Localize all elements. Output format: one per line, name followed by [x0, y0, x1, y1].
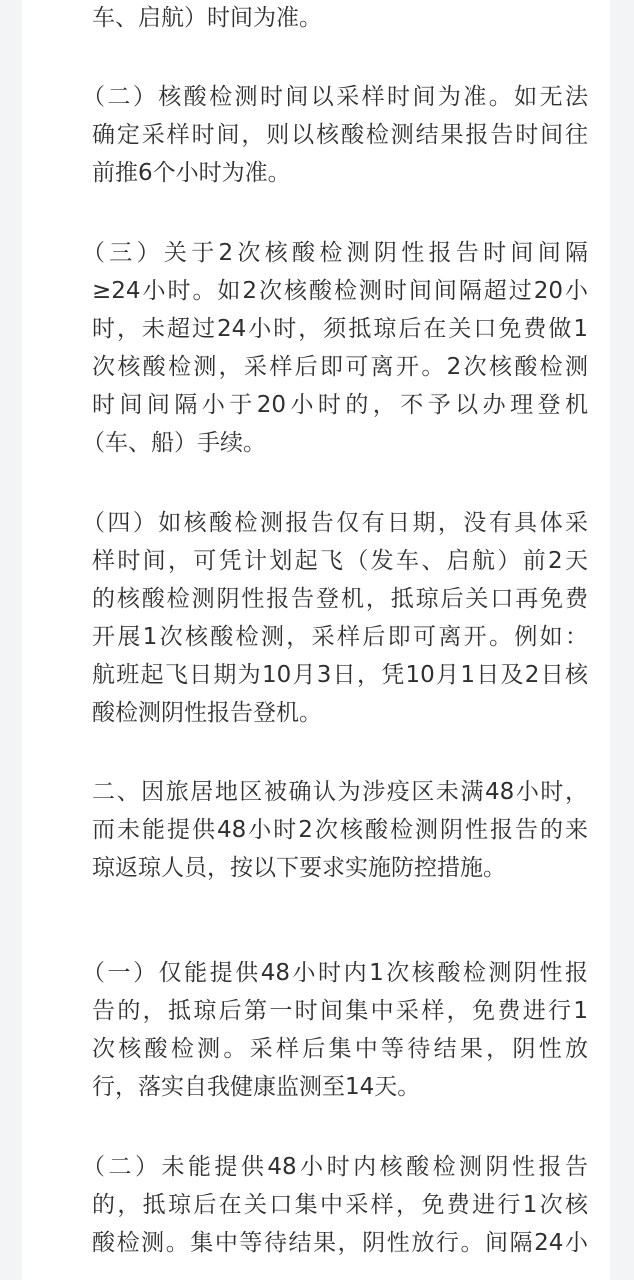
article-card: 车、启航）时间为准。 （二）核酸检测时间以采样时间为准。如无法 确定采样时间，则… — [22, 0, 610, 1280]
text-line: 次核酸检测。采样后集中等待结果，阴性放 — [92, 1030, 588, 1068]
text-line: 前推6个小时为准。 — [92, 154, 588, 192]
text-line: （四）如核酸检测报告仅有日期，没有具体采 — [82, 504, 588, 542]
text-line: 时，未超过24小时，须抵琼后在关口免费做1 — [92, 310, 588, 348]
text-line: 酸检测阴性报告登机。 — [92, 694, 588, 732]
text-line: 的，抵琼后在关口集中采样，免费进行1次核 — [92, 1186, 588, 1224]
text-line: 次核酸检测，采样后即可离开。2次核酸检测 — [92, 348, 588, 386]
text-line: （三）关于2次核酸检测阴性报告时间间隔 — [82, 234, 588, 272]
text-line: 行，落实自我健康监测至14天。 — [92, 1068, 588, 1106]
text-line: 的核酸检测阴性报告登机，抵琼后关口再免费 — [92, 580, 588, 618]
text-line: 琼返琼人员，按以下要求实施防控措施。 — [92, 849, 588, 887]
text-line: 航班起飞日期为10月3日，凭10月1日及2日核 — [92, 656, 588, 694]
text-line: （车、船）手续。 — [82, 424, 588, 462]
paragraph-section-1-item-4: （四）如核酸检测报告仅有日期，没有具体采 样时间，可凭计划起飞（发车、启航）前2… — [92, 504, 588, 732]
paragraph-section-2-item-1: （一）仅能提供48小时内1次核酸检测阴性报 告的，抵琼后第一时间集中采样，免费进… — [92, 954, 588, 1106]
text-line: （二）核酸检测时间以采样时间为准。如无法 — [82, 78, 588, 116]
paragraph-section-1-item-3: （三）关于2次核酸检测阴性报告时间间隔 ≥24小时。如2次核酸检测时间间隔超过2… — [92, 234, 588, 462]
paragraph-section-2: 二、因旅居地区被确认为涉疫区未满48小时， 而未能提供48小时2次核酸检测阴性报… — [92, 773, 588, 887]
paragraph-section-1-item-2: （二）核酸检测时间以采样时间为准。如无法 确定采样时间，则以核酸检测结果报告时间… — [92, 78, 588, 192]
text-line: ≥24小时。如2次核酸检测时间间隔超过20小 — [92, 272, 588, 310]
text-line: 二、因旅居地区被确认为涉疫区未满48小时， — [92, 773, 588, 811]
text-line: （一）仅能提供48小时内1次核酸检测阴性报 — [82, 954, 588, 992]
paragraph-continuation: 车、启航）时间为准。 — [92, 0, 588, 37]
paragraph-section-2-item-2: （二）未能提供48小时内核酸检测阴性报告 的，抵琼后在关口集中采样，免费进行1次… — [92, 1148, 588, 1262]
text-line: 而未能提供48小时2次核酸检测阴性报告的来 — [92, 811, 588, 849]
text-line: 时间间隔小于20小时的，不予以办理登机 — [92, 386, 588, 424]
text-line: 样时间，可凭计划起飞（发车、启航）前2天 — [92, 542, 588, 580]
text-line: 开展1次核酸检测，采样后即可离开。例如： — [92, 618, 588, 656]
text-line: （二）未能提供48小时内核酸检测阴性报告 — [82, 1148, 588, 1186]
text-line: 确定采样时间，则以核酸检测结果报告时间往 — [92, 116, 588, 154]
text-line: 车、启航）时间为准。 — [92, 0, 588, 37]
text-line: 酸检测。集中等待结果，阴性放行。间隔24小 — [92, 1224, 588, 1262]
text-line: 告的，抵琼后第一时间集中采样，免费进行1 — [92, 992, 588, 1030]
